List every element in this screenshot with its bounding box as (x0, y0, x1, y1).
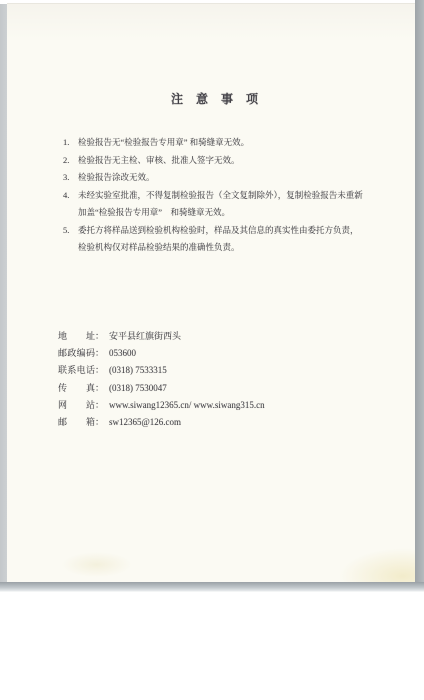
note-number: 4. (63, 187, 78, 205)
scan-shadow-bottom (0, 582, 424, 592)
note-line: 检验机构仅对样品检验结果的准确性负责。 (78, 239, 372, 257)
notice-list: 1. 检验报告无“检验报告专用章” 和骑缝章无效。 2. 检验报告无主检、审核、… (63, 134, 375, 257)
contact-label: 邮政编码 (58, 345, 95, 362)
contact-label: 传真 (58, 380, 95, 397)
notice-item-5: 5. 委托方将样品送到检验机构检验时，样品及其信息的真实性由委托方负责， 检验机… (63, 222, 375, 257)
scan-shadow-right (415, 0, 424, 584)
contact-value-postcode: 053600 (109, 345, 136, 362)
note-text: 检验报告涂改无效。 (78, 169, 372, 187)
contact-value-email: sw12365@126.com (109, 414, 181, 431)
scan-shadow-left (0, 4, 7, 584)
note-line: 加盖“检验报告专用章” 和骑缝章无效。 (78, 204, 372, 222)
note-number: 2. (63, 152, 78, 170)
contact-separator: ： (95, 328, 104, 345)
note-text: 检验报告无“检验报告专用章” 和骑缝章无效。 (78, 134, 372, 152)
contact-row-phone: 联系电话：(0318) 7533315 (58, 362, 265, 379)
contact-row-address: 地址：安平县红旗街西头 (58, 328, 265, 345)
paper-page: 注 意 事 项 1. 检验报告无“检验报告专用章” 和骑缝章无效。 2. 检验报… (7, 3, 415, 582)
note-text: 委托方将样品送到检验机构检验时，样品及其信息的真实性由委托方负责， 检验机构仅对… (78, 222, 372, 257)
contact-row-email: 邮箱：sw12365@126.com (58, 414, 265, 431)
note-line: 委托方将样品送到检验机构检验时，样品及其信息的真实性由委托方负责， (78, 222, 372, 240)
note-text: 未经实验室批准，不得复制检验报告（全文复制除外），复制检验报告未重新 加盖“检验… (78, 187, 372, 222)
contact-label: 网站 (58, 397, 95, 414)
note-line: 检验报告无主检、审核、批准人签字无效。 (78, 152, 372, 170)
contact-row-fax: 传真：(0318) 7530047 (58, 380, 265, 397)
contact-row-website: 网站：www.siwang12365.cn/ www.siwang315.cn (58, 397, 265, 414)
note-number: 5. (63, 222, 78, 240)
contact-separator: ： (95, 414, 104, 431)
contact-separator: ： (95, 345, 104, 362)
contact-value-fax: (0318) 7530047 (109, 380, 167, 397)
contact-separator: ： (95, 397, 104, 414)
notice-item-3: 3. 检验报告涂改无效。 (63, 169, 375, 187)
contact-value-website: www.siwang12365.cn/ www.siwang315.cn (109, 397, 265, 414)
contact-value-address: 安平县红旗街西头 (109, 328, 181, 345)
contact-label: 地址 (58, 328, 95, 345)
notice-item-4: 4. 未经实验室批准，不得复制检验报告（全文复制除外），复制检验报告未重新 加盖… (63, 187, 375, 222)
contact-row-postcode: 邮政编码：053600 (58, 345, 265, 362)
page-title: 注 意 事 项 (13, 90, 421, 107)
contact-separator: ： (95, 362, 104, 379)
notice-item-1: 1. 检验报告无“检验报告专用章” 和骑缝章无效。 (63, 134, 375, 152)
contact-value-phone: (0318) 7533315 (109, 362, 167, 379)
note-line: 检验报告无“检验报告专用章” 和骑缝章无效。 (78, 134, 372, 152)
notice-item-2: 2. 检验报告无主检、审核、批准人签字无效。 (63, 152, 375, 170)
note-line: 未经实验室批准，不得复制检验报告（全文复制除外），复制检验报告未重新 (78, 187, 372, 205)
contact-separator: ： (95, 380, 104, 397)
contact-label: 联系电话 (58, 362, 95, 379)
contact-block: 地址：安平县红旗街西头 邮政编码：053600 联系电话：(0318) 7533… (58, 328, 265, 431)
note-number: 1. (63, 134, 78, 152)
note-line: 检验报告涂改无效。 (78, 169, 372, 187)
note-number: 3. (63, 169, 78, 187)
note-text: 检验报告无主检、审核、批准人签字无效。 (78, 152, 372, 170)
scan-canvas: 注 意 事 项 1. 检验报告无“检验报告专用章” 和骑缝章无效。 2. 检验报… (0, 0, 424, 700)
contact-label: 邮箱 (58, 414, 95, 431)
